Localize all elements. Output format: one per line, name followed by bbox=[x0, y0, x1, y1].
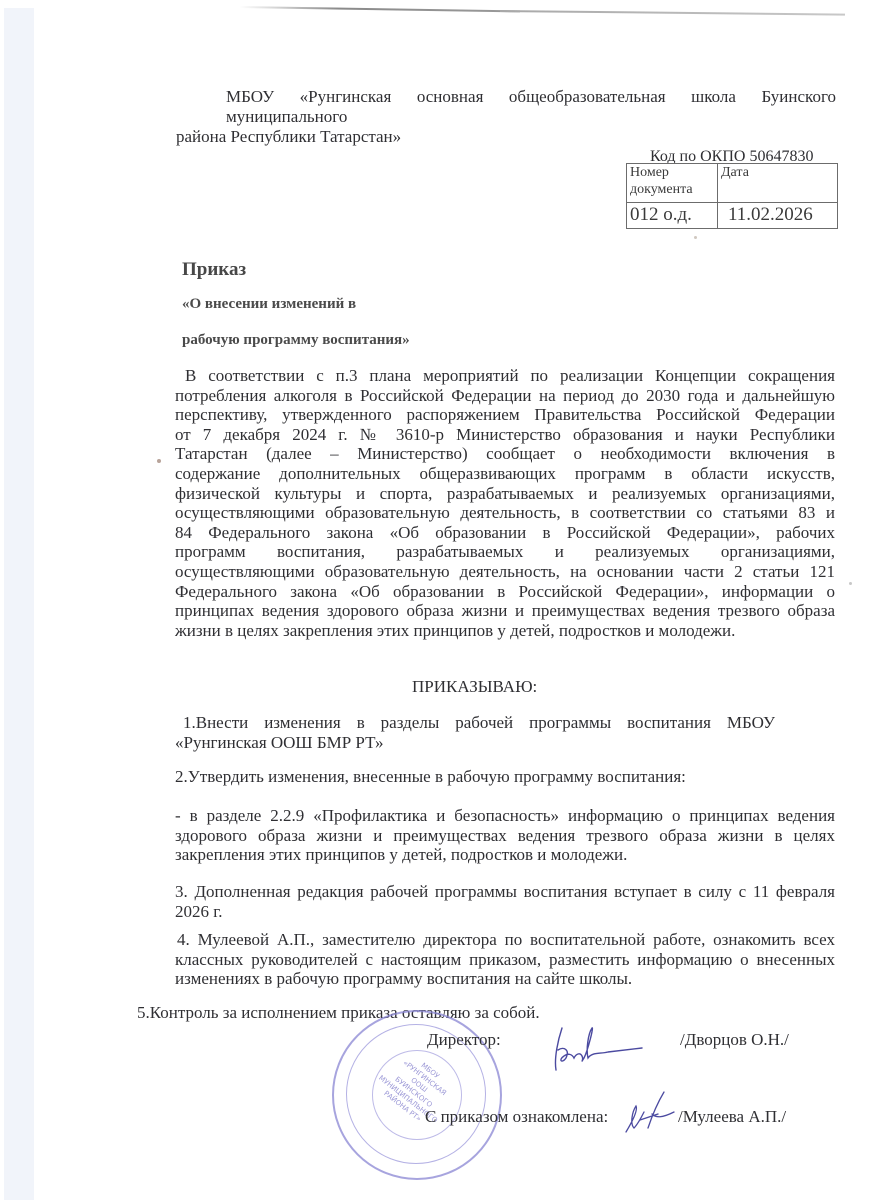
scan-speck bbox=[157, 459, 161, 463]
scan-edge-shadow bbox=[4, 8, 34, 1200]
acquainted-label: С приказом ознакомлена: bbox=[425, 1107, 608, 1127]
header-date: Дата bbox=[718, 164, 838, 203]
order-item-4: 4. Мулеевой А.П., заместителю директора … bbox=[175, 930, 835, 989]
acquainted-name: /Мулеева А.П./ bbox=[678, 1107, 786, 1127]
scan-speck bbox=[849, 582, 852, 585]
acquainted-signature-icon bbox=[618, 1088, 678, 1138]
preamble-paragraph: В соответствии с п.3 плана мероприятий п… bbox=[175, 366, 835, 640]
director-label: Директор: bbox=[427, 1030, 501, 1050]
document-title: Приказ bbox=[182, 260, 246, 280]
doc-number-value: 012 о.д. bbox=[627, 203, 718, 229]
scan-paper-edge bbox=[240, 6, 520, 12]
director-signature-icon bbox=[548, 1020, 648, 1075]
scan-paper-edge bbox=[500, 10, 845, 16]
director-name: /Дворцов О.Н./ bbox=[680, 1030, 789, 1050]
order-item-1: 1.Внести изменения в разделы рабочей про… bbox=[175, 713, 775, 752]
document-number-table: Номер документа Дата 012 о.д. 11.02.2026 bbox=[626, 163, 838, 229]
header-doc-number: Номер документа bbox=[627, 164, 718, 203]
doc-date-value: 11.02.2026 bbox=[718, 203, 838, 229]
scan-speck bbox=[694, 236, 697, 239]
organization-header: МБОУ «Рунгинская основная общеобразовате… bbox=[176, 87, 836, 147]
order-item-3: 3. Дополненная редакция рабочей программ… bbox=[175, 882, 835, 921]
document-subject-line-2: рабочую программу воспитания» bbox=[182, 330, 410, 350]
order-heading: ПРИКАЗЫВАЮ: bbox=[412, 677, 537, 697]
order-item-2: 2.Утвердить изменения, внесенные в рабоч… bbox=[175, 767, 686, 787]
order-item-5: 5.Контроль за исполнением приказа оставл… bbox=[137, 1003, 540, 1023]
order-item-2-subitem: - в разделе 2.2.9 «Профилактика и безопа… bbox=[175, 806, 835, 865]
document-subject-line-1: «О внесении изменений в bbox=[182, 294, 356, 314]
